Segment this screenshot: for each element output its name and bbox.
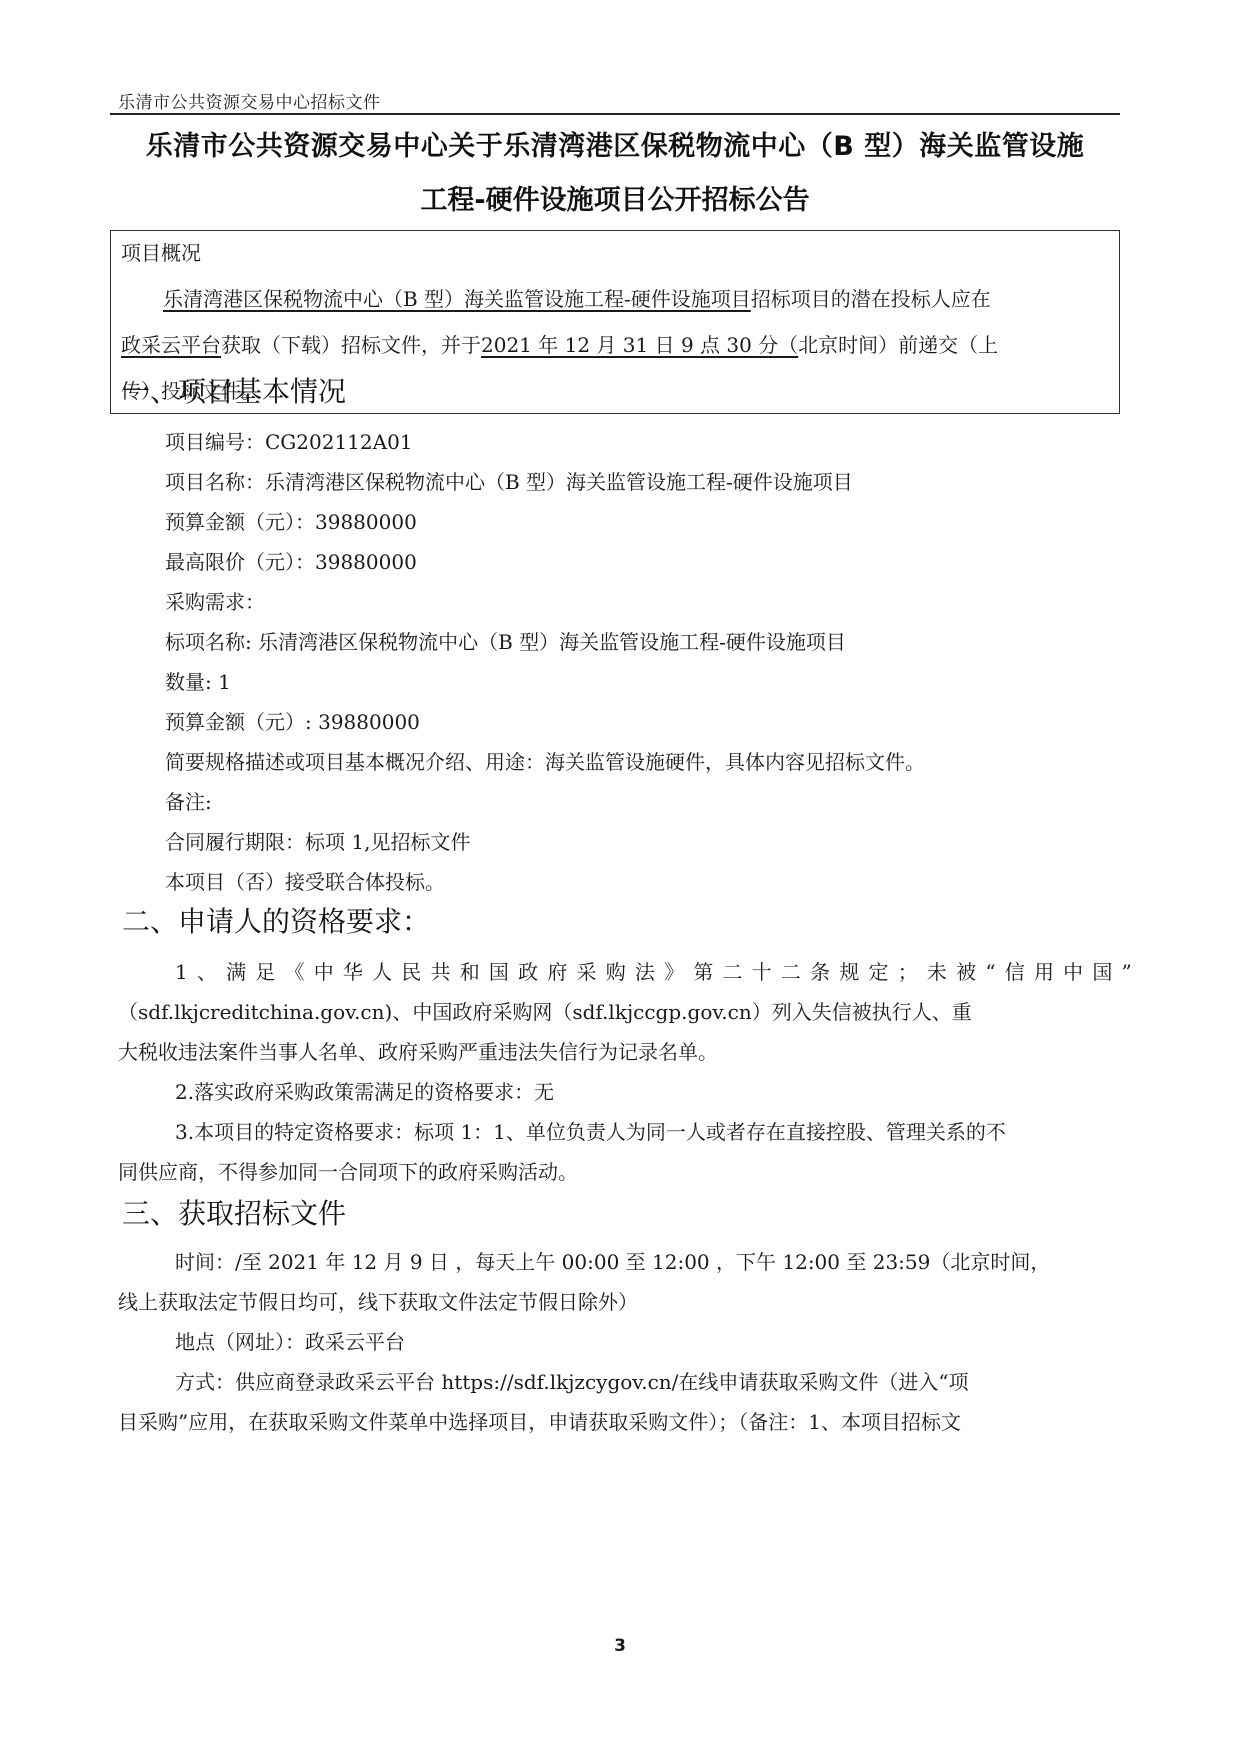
overview-line-2: 政采云平台获取（下载）招标文件，并于2021 年 12 月 31 日 9 点 3… — [121, 329, 998, 358]
project-name: 项目名称：乐清湾港区保税物流中心（B 型）海关监管设施工程-硬件设施项目 — [165, 466, 853, 495]
requirement-3-line-1: 3.本项目的特定资格要求：标项 1：1、单位负责人为同一人或者存在直接控股、管理… — [175, 1116, 1006, 1145]
requirement-2: 2.落实政府采购政策需满足的资格要求：无 — [175, 1076, 554, 1105]
remarks-label: 备注: — [165, 786, 212, 815]
contract-period: 合同履行期限：标项 1,见招标文件 — [165, 826, 470, 855]
section-heading-2: 二、申请人的资格要求： — [122, 900, 430, 940]
consortium-bidding: 本项目（否）接受联合体投标。 — [165, 866, 445, 895]
method-line-2: 目采购”应用，在获取采购文件菜单中选择项目，申请获取采购文件）；（备注：1、本项… — [118, 1406, 961, 1435]
overview-text: 招标项目的潜在投标人应在 — [751, 287, 991, 311]
budget-amount: 预算金额（元）：39880000 — [165, 506, 417, 535]
section-heading-3: 三、获取招标文件 — [122, 1192, 346, 1232]
method-line-1: 方式：供应商登录政采云平台 https://sdf.lkjzcygov.cn/在… — [175, 1366, 969, 1395]
requirement-1-line-3: 大税收违法案件当事人名单、政府采购严重违法失信行为记录名单。 — [118, 1036, 718, 1065]
project-name-link[interactable]: 乐清湾港区保税物流中心（B 型）海关监管设施工程-硬件设施项目 — [163, 287, 751, 311]
page-number: 3 — [0, 1636, 1240, 1656]
time-line-2: 线上获取法定节假日均可，线下获取文件法定节假日除外） — [118, 1286, 638, 1315]
max-price: 最高限价（元）：39880000 — [165, 546, 417, 575]
lot-name: 标项名称: 乐清湾港区保税物流中心（B 型）海关监管设施工程-硬件设施项目 — [165, 626, 846, 655]
page-title-line-2: 工程-硬件设施项目公开招标公告 — [110, 178, 1120, 217]
spec-description: 简要规格描述或项目基本概况介绍、用途：海关监管设施硬件，具体内容见招标文件。 — [165, 746, 925, 775]
procurement-needs-label: 采购需求： — [165, 586, 265, 615]
overview-label: 项目概况 — [121, 237, 201, 266]
quantity: 数量: 1 — [165, 666, 231, 695]
lot-budget: 预算金额（元）: 39880000 — [165, 706, 420, 735]
overview-text: 北京时间）前递交（上 — [798, 333, 998, 357]
requirement-1-line-2: （sdf.lkjcreditchina.gov.cn)、中国政府采购网（sdf.… — [118, 996, 972, 1025]
platform-link[interactable]: 政采云平台 — [121, 333, 221, 357]
running-header: 乐清市公共资源交易中心招标文件 — [118, 88, 381, 113]
time-line-1: 时间：/至 2021 年 12 月 9 日 ，每天上午 00:00 至 12:0… — [175, 1246, 1050, 1275]
header-divider — [110, 113, 1120, 115]
section-heading-1: 一、项目基本情况 — [122, 370, 346, 410]
overview-text: 获取（下载）招标文件，并于 — [221, 333, 481, 357]
requirement-3-line-2: 同供应商，不得参加同一合同项下的政府采购活动。 — [118, 1156, 578, 1185]
project-number: 项目编号：CG202112A01 — [165, 426, 413, 455]
deadline-text: 2021 年 12 月 31 日 9 点 30 分（ — [481, 333, 798, 357]
document-page: 乐清市公共资源交易中心招标文件 乐清市公共资源交易中心关于乐清湾港区保税物流中心… — [0, 0, 1240, 1753]
overview-line-1: 乐清湾港区保税物流中心（B 型）海关监管设施工程-硬件设施项目招标项目的潜在投标… — [163, 283, 991, 312]
page-title-line-1: 乐清市公共资源交易中心关于乐清湾港区保税物流中心（B 型）海关监管设施 — [110, 124, 1120, 163]
requirement-1-line-1: 1、满足《中华人民共和国政府采购法》第二十二条规定；未被“信用中国” — [175, 956, 1141, 985]
location: 地点（网址）：政采云平台 — [175, 1326, 405, 1355]
